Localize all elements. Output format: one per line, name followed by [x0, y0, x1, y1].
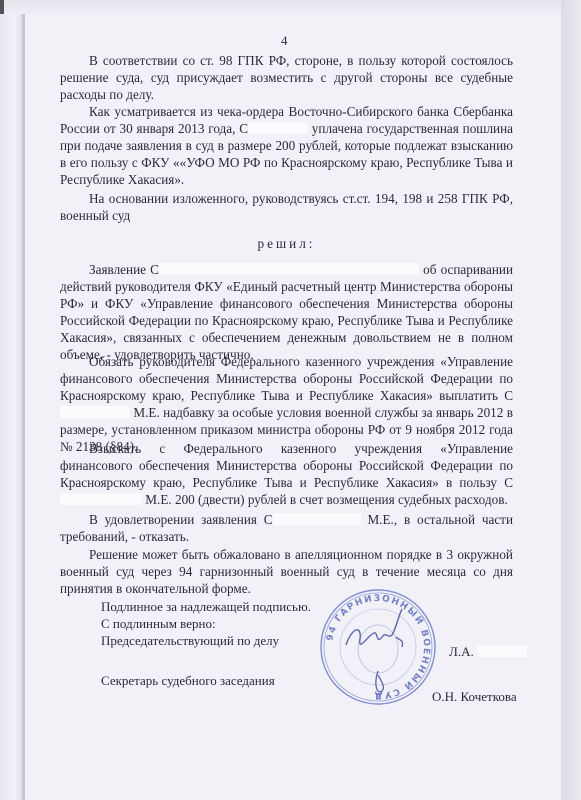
paragraph-appeal: Решение может быть обжаловано в апелляци… [60, 546, 513, 597]
redaction [159, 263, 419, 275]
judge-name: Л.А. [449, 643, 527, 660]
paragraph-basis: На основании изложенного, руководствуясь… [60, 190, 513, 224]
scan-right-strip [561, 0, 581, 800]
paragraph-text: Заявление С [89, 262, 159, 277]
redaction [248, 122, 308, 134]
paragraph-costs: В соответствии со ст. 98 ГПК РФ, стороне… [60, 52, 513, 103]
court-seal-stamp: 94 ГАРНИЗОННЫЙ ВОЕННЫЙ СУД 7 [318, 587, 438, 707]
paragraph-recovery: Взыскать с Федерального казенного учрежд… [60, 440, 513, 508]
svg-text:7: 7 [376, 693, 380, 701]
certification-line: Подлинное за надлежащей подписью. [101, 598, 311, 615]
page-number: 4 [281, 33, 288, 49]
redaction [477, 645, 527, 657]
redaction [60, 493, 142, 505]
scan-top-strip [0, 0, 581, 14]
secretary-label: Секретарь судебного заседания [101, 672, 275, 689]
redaction [273, 513, 361, 525]
paragraph-text: об оспаривании действий руководителя ФКУ… [60, 262, 513, 362]
certification-verified: С подлинным верно: [101, 615, 216, 632]
paragraph-text: В удовлетворении заявления С [89, 512, 273, 527]
svg-text:94 ГАРНИЗОННЫЙ ВОЕННЫЙ СУД: 94 ГАРНИЗОННЫЙ ВОЕННЫЙ СУД [325, 594, 431, 700]
paragraph-text: М.Е. 200 (двести) рублей в счет возмещен… [142, 492, 508, 507]
secretary-name: О.Н. Кочеткова [432, 688, 517, 705]
judge-initials: Л.А. [449, 644, 474, 659]
redaction [60, 406, 130, 418]
paragraph-application: Заявление С об оспаривании действий руко… [60, 261, 513, 363]
scan-corner [0, 0, 4, 14]
paragraph-text: Взыскать с Федерального казенного учрежд… [60, 441, 513, 490]
paragraph-text: Обязать руководителя Федерального казенн… [60, 354, 513, 403]
presiding-judge-label: Председательствующий по делу [101, 632, 279, 649]
paragraph-denial: В удовлетворении заявления С М.Е., в ост… [60, 511, 513, 545]
paragraph-state-fee: Как усматривается из чека-ордера Восточн… [60, 103, 513, 188]
decision-heading: решил: [60, 236, 513, 252]
page-curl [0, 14, 24, 800]
